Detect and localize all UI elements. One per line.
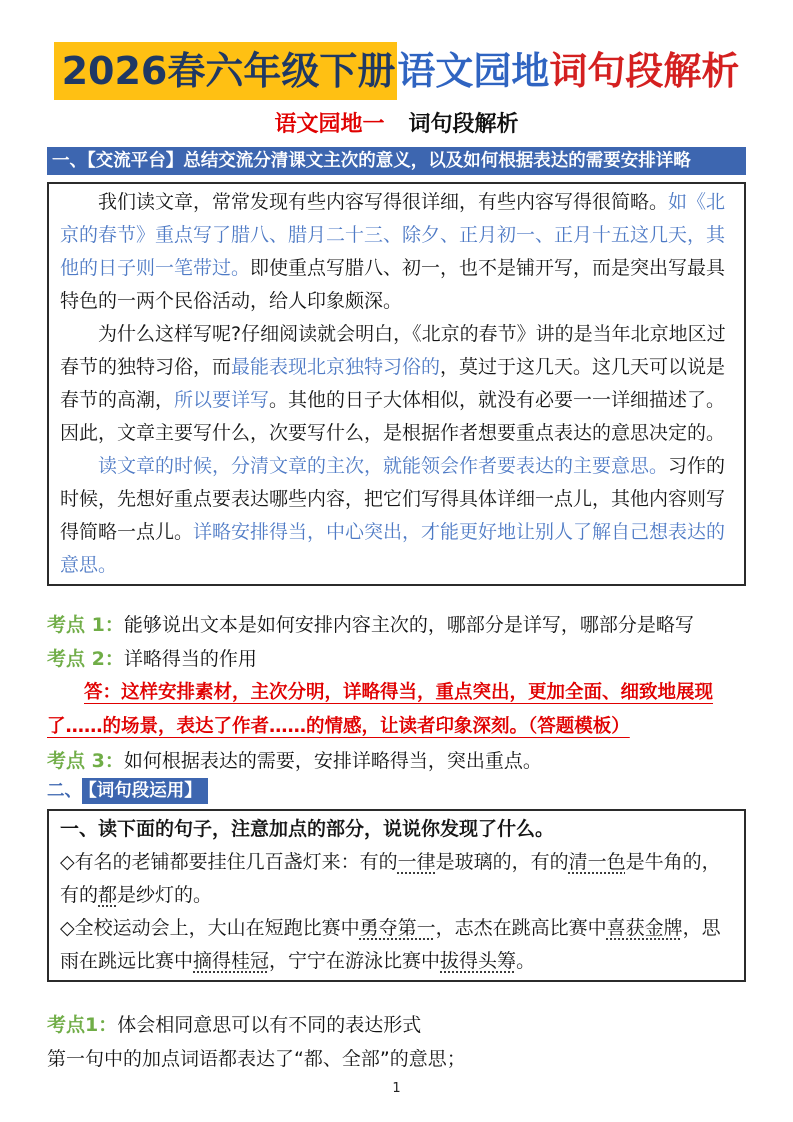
subtitle-black-part: 词句段解析 bbox=[409, 112, 519, 137]
section1-exam-points: 考点 1：能够说出文本是如何安排内容主次的，哪部分是详写，哪部分是略写 考点 2… bbox=[47, 608, 763, 676]
text-segment: ，志杰在跳高比赛中 bbox=[436, 917, 607, 939]
exam-point-label: 考点 1： bbox=[47, 614, 124, 636]
exam-point-text: 体会相同意思可以有不同的表达形式 bbox=[117, 1014, 421, 1036]
text-segment: ◇有名的老铺都要挂住几百盏灯来：有的 bbox=[60, 851, 398, 873]
text-segment: 我们读文章，常常发现有些内容写得很详细，有些内容写得很简略。 bbox=[98, 191, 668, 213]
section2-header-highlight: 【词句段运用】 bbox=[82, 778, 208, 804]
text-segment: 摘得桂冠 bbox=[193, 950, 269, 972]
section2-content-box: 一、读下面的句子，注意加点的部分，说说你发现了什么。 ◇有名的老铺都要挂住几百盏… bbox=[47, 809, 746, 982]
exam-point-2: 考点 2：详略得当的作用 bbox=[47, 642, 763, 676]
section1-content-box: 我们读文章，常常发现有些内容写得很详细，有些内容写得很简略。如《北京的春节》重点… bbox=[47, 182, 746, 586]
text-segment: 勇夺第一 bbox=[360, 917, 436, 939]
text-segment: ◇全校运动会上，大山在短跑比赛中 bbox=[60, 917, 360, 939]
subtitle-red-part: 语文园地一 bbox=[274, 112, 384, 137]
exam-point-text: 如何根据表达的需要，安排详略得当，突出重点。 bbox=[124, 750, 542, 772]
section2-header-bar: 二、【词句段运用】 bbox=[47, 780, 746, 802]
title-blue-part: 语文园地 bbox=[397, 49, 549, 93]
model-answer: 答：这样安排素材，主次分明，详略得当，重点突出，更加全面、细致地展现了……的场景… bbox=[47, 676, 763, 744]
text-segment: 拔得头筹 bbox=[440, 950, 516, 972]
text-segment: 是玻璃的，有的 bbox=[436, 851, 569, 873]
exam-point-1: 考点 1：能够说出文本是如何安排内容主次的，哪部分是详写，哪部分是略写 bbox=[47, 608, 763, 642]
page-title: 2026春六年级下册语文园地词句段解析 bbox=[0, 44, 793, 98]
title-highlighted-part: 2026春六年级下册 bbox=[54, 42, 398, 100]
section1-header-bar: 一、【交流平台】总结交流分清课文主次的意义，以及如何根据表达的需要安排详略 bbox=[47, 147, 746, 175]
exercise-heading: 一、读下面的句子，注意加点的部分，说说你发现了什么。 bbox=[60, 813, 733, 846]
text-segment: 都 bbox=[98, 884, 117, 906]
paragraph: 读文章的时候，分清文章的主次，就能领会作者要表达的主要意思。习作的时候，先想好重… bbox=[60, 450, 733, 582]
explanation-note: 第一句中的加点词语都表达了“都、全部”的意思； bbox=[47, 1042, 763, 1076]
text-segment: 所以要详写 bbox=[174, 389, 269, 411]
example-sentence-1: ◇有名的老铺都要挂住几百盏灯来：有的一律是玻璃的，有的清一色是牛角的，有的都是纱… bbox=[60, 846, 733, 912]
paragraph: 为什么这样写呢?仔细阅读就会明白，《北京的春节》讲的是当年北京地区过春节的独特习… bbox=[60, 318, 733, 450]
text-segment: 一律 bbox=[398, 851, 436, 873]
section2-exam-point: 考点1：体会相同意思可以有不同的表达形式 bbox=[47, 1008, 763, 1042]
text-segment: 。 bbox=[516, 950, 535, 972]
page-number: 1 bbox=[0, 1081, 793, 1096]
section2-header-prefix: 二、 bbox=[47, 781, 82, 801]
section1-exam-point-3: 考点 3：如何根据表达的需要，安排详略得当，突出重点。 bbox=[47, 744, 763, 778]
exam-point-1: 考点1：体会相同意思可以有不同的表达形式 bbox=[47, 1008, 763, 1042]
example-sentence-2: ◇全校运动会上，大山在短跑比赛中勇夺第一，志杰在跳高比赛中喜获金牌，思雨在跳远比… bbox=[60, 912, 733, 978]
exam-point-label: 考点1： bbox=[47, 1014, 117, 1036]
exam-point-label: 考点 3： bbox=[47, 750, 124, 772]
text-segment: 是纱灯的。 bbox=[117, 884, 212, 906]
page-subtitle: 语文园地一词句段解析 bbox=[0, 107, 793, 138]
text-segment: 清一色 bbox=[569, 851, 626, 873]
title-red-part: 词句段解析 bbox=[549, 49, 739, 93]
exam-point-label: 考点 2： bbox=[47, 648, 124, 670]
text-segment: 最能表现北京独特习俗的 bbox=[231, 356, 440, 378]
exam-point-3: 考点 3：如何根据表达的需要，安排详略得当，突出重点。 bbox=[47, 744, 763, 778]
text-segment: 读文章的时候，分清文章的主次，就能领会作者要表达的主要意思。 bbox=[98, 455, 668, 477]
text-segment: ，宁宁在游泳比赛中 bbox=[269, 950, 440, 972]
exam-point-text: 能够说出文本是如何安排内容主次的，哪部分是详写，哪部分是略写 bbox=[124, 614, 694, 636]
text-segment: 喜获金牌 bbox=[607, 917, 683, 939]
paragraph: 我们读文章，常常发现有些内容写得很详细，有些内容写得很简略。如《北京的春节》重点… bbox=[60, 186, 733, 318]
exam-point-text: 详略得当的作用 bbox=[124, 648, 257, 670]
